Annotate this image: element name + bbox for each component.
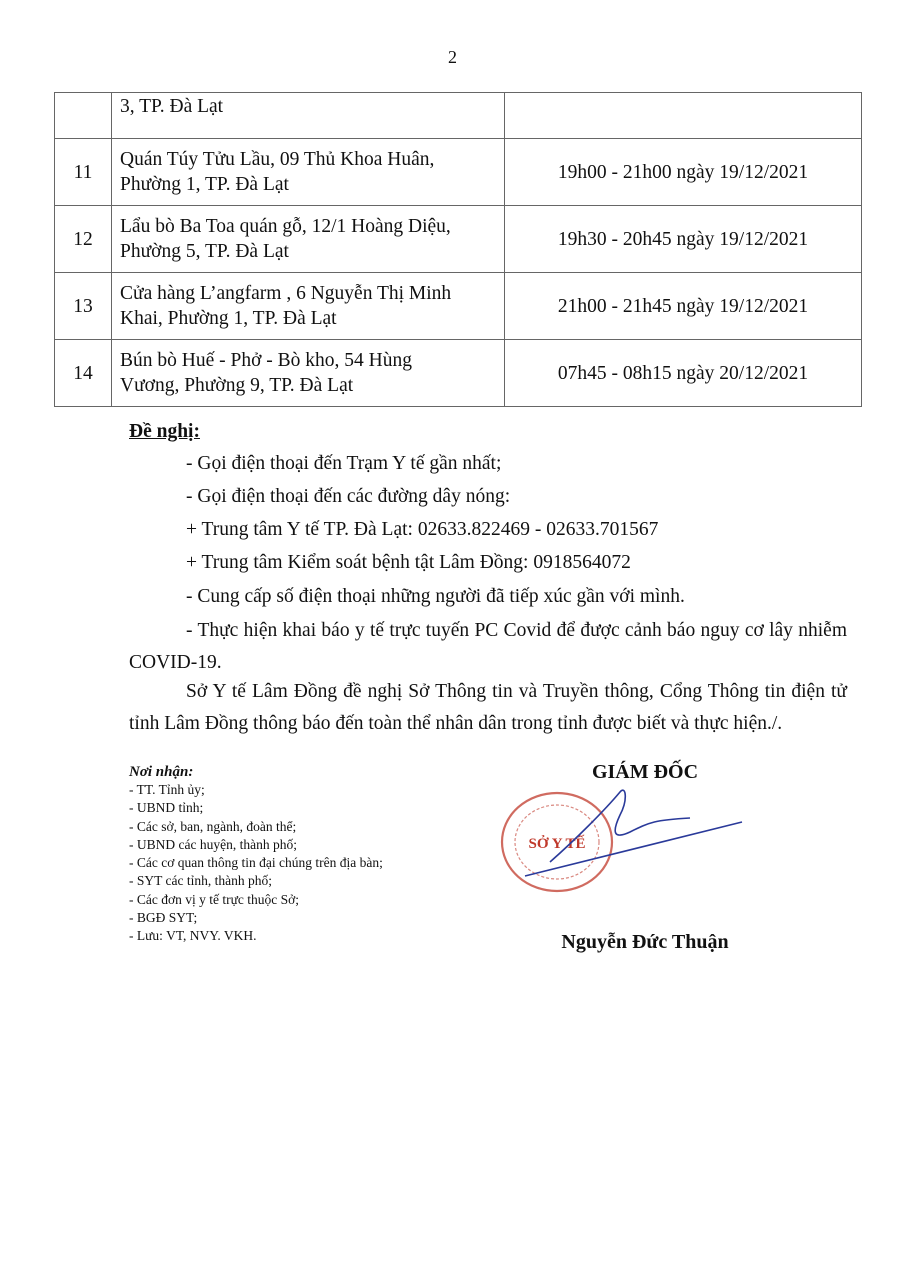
page-number: 2 <box>0 47 905 68</box>
place-line: Phường 1, TP. Đà Lạt <box>120 174 289 195</box>
proposal-heading: Đề nghị: <box>129 421 200 443</box>
recipient-item: - BGĐ SYT; <box>129 909 383 927</box>
proposal-item: - Gọi điện thoại đến Trạm Y tế gần nhất; <box>186 453 501 475</box>
row-number: 14 <box>55 340 112 407</box>
table-row: 11 Quán Túy Tửu Lầu, 09 Thủ Khoa Huân,Ph… <box>55 139 862 206</box>
recipient-item: - SYT các tỉnh, thành phố; <box>129 872 383 890</box>
row-time: 19h00 - 21h00 ngày 19/12/2021 <box>505 139 862 206</box>
proposal-item: + Trung tâm Y tế TP. Đà Lạt: 02633.82246… <box>186 519 658 541</box>
row-number <box>55 93 112 139</box>
place-line: Cửa hàng L’angfarm , 6 Nguyễn Thị Minh <box>120 283 451 304</box>
closing-text: Sở Y tế Lâm Đồng đề nghị Sở Thông tin và… <box>129 681 847 734</box>
row-place: Bún bò Huế - Phở - Bò kho, 54 HùngVương,… <box>112 340 505 407</box>
table-row: 14 Bún bò Huế - Phở - Bò kho, 54 HùngVươ… <box>55 340 862 407</box>
recipients-title: Nơi nhận: <box>129 763 383 781</box>
place-line: Bún bò Huế - Phở - Bò kho, 54 Hùng <box>120 350 412 371</box>
row-place: 3, TP. Đà Lạt <box>112 93 505 139</box>
row-place: Quán Túy Tửu Lầu, 09 Thủ Khoa Huân,Phườn… <box>112 139 505 206</box>
signature-icon <box>480 780 760 900</box>
row-place: Cửa hàng L’angfarm , 6 Nguyễn Thị MinhKh… <box>112 273 505 340</box>
signer-name: Nguyễn Đức Thuận <box>540 931 750 954</box>
proposal-item: - Gọi điện thoại đến các đường dây nóng: <box>186 486 510 508</box>
recipient-item: - Lưu: VT, NVY. VKH. <box>129 927 383 945</box>
row-number: 12 <box>55 206 112 273</box>
proposal-item: + Trung tâm Kiểm soát bệnh tật Lâm Đồng:… <box>186 552 631 574</box>
recipients-block: Nơi nhận: - TT. Tỉnh ủy; - UBND tỉnh; - … <box>129 763 383 946</box>
recipient-item: - Các đơn vị y tế trực thuộc Sở; <box>129 891 383 909</box>
place-line: Quán Túy Tửu Lầu, 09 Thủ Khoa Huân, <box>120 149 434 170</box>
row-time: 21h00 - 21h45 ngày 19/12/2021 <box>505 273 862 340</box>
recipient-item: - UBND các huyện, thành phố; <box>129 836 383 854</box>
place-line: Khai, Phường 1, TP. Đà Lạt <box>120 308 337 329</box>
recipient-item: - Các cơ quan thông tin đại chúng trên đ… <box>129 854 383 872</box>
row-place: Lẩu bò Ba Toa quán gỗ, 12/1 Hoàng Diệu,P… <box>112 206 505 273</box>
row-time: 07h45 - 08h15 ngày 20/12/2021 <box>505 340 862 407</box>
recipient-item: - UBND tỉnh; <box>129 799 383 817</box>
locations-table: 3, TP. Đà Lạt 11 Quán Túy Tửu Lầu, 09 Th… <box>54 92 862 407</box>
place-line: Phường 5, TP. Đà Lạt <box>120 241 289 262</box>
row-number: 13 <box>55 273 112 340</box>
declare-text: - Thực hiện khai báo y tế trực tuyến PC … <box>129 620 847 673</box>
row-time <box>505 93 862 139</box>
place-line: Lẩu bò Ba Toa quán gỗ, 12/1 Hoàng Diệu, <box>120 216 451 237</box>
place-line: Vương, Phường 9, TP. Đà Lạt <box>120 375 353 396</box>
recipient-item: - Các sở, ban, ngành, đoàn thể; <box>129 818 383 836</box>
proposal-item: - Cung cấp số điện thoại những người đã … <box>186 586 685 608</box>
row-number: 11 <box>55 139 112 206</box>
recipient-item: - TT. Tỉnh ủy; <box>129 781 383 799</box>
closing-paragraph: Sở Y tế Lâm Đồng đề nghị Sở Thông tin và… <box>129 676 847 740</box>
declare-paragraph: - Thực hiện khai báo y tế trực tuyến PC … <box>129 615 847 679</box>
table-row: 3, TP. Đà Lạt <box>55 93 862 139</box>
table-row: 13 Cửa hàng L’angfarm , 6 Nguyễn Thị Min… <box>55 273 862 340</box>
row-time: 19h30 - 20h45 ngày 19/12/2021 <box>505 206 862 273</box>
table-row: 12 Lẩu bò Ba Toa quán gỗ, 12/1 Hoàng Diệ… <box>55 206 862 273</box>
